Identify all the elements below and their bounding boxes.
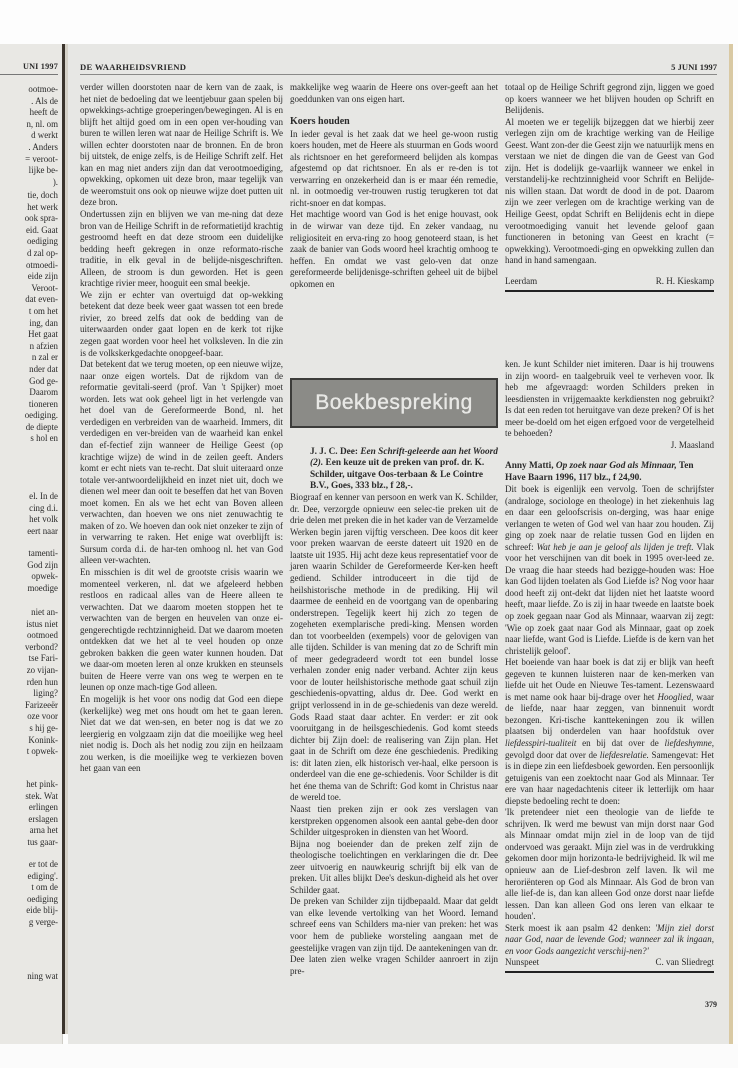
text-run: gevolgd door dat over de: [505, 750, 600, 760]
left-page-text-fragment: ).: [0, 177, 58, 189]
left-page-text-fragment: . Als de: [0, 96, 58, 108]
left-page-text-fragment: = veroot-: [0, 154, 58, 166]
paragraph: De preken van Schilder zijn tijdbepaald.…: [290, 896, 498, 977]
left-page-text-fragment: tamenti-: [0, 548, 58, 560]
left-fragment-block-g: er tot deediging'.t om deoedigingeide bl…: [0, 859, 58, 929]
review-1-heading: J. J. C. Dee: Een Schrift-geleerde aan h…: [310, 447, 498, 492]
reviewer-name: J. Maasland: [505, 440, 714, 452]
left-page-text-fragment: oediging: [0, 236, 58, 248]
article-column-3: totaal op de Heilige Schrift gegrond zij…: [505, 82, 714, 292]
review-2-book-title: Op zoek naar God als Minnaar,: [556, 461, 677, 471]
left-fragment-block-c: el. In decing d.i.het volkeert naar: [0, 491, 58, 537]
left-page-text-fragment: oediging.: [0, 410, 58, 422]
paragraph: totaal op de Heilige Schrift gegrond zij…: [505, 82, 714, 117]
paragraph: We zijn er echter van overtuigd dat op-w…: [80, 290, 283, 359]
left-page-text-fragment: nder dat: [0, 364, 58, 376]
magazine-page: DE WAARHEIDSVRIEND 5 JUNI 1997 verder wi…: [68, 44, 733, 1044]
left-page-running-date: UNI 1997: [0, 62, 62, 71]
paragraph: Het boeiende van haar boek is dat zij er…: [505, 657, 714, 807]
paragraph: In ieder geval is het zaak dat we heel g…: [290, 129, 498, 210]
left-page-text-fragment: het werk: [0, 202, 58, 214]
left-page-text-fragment: stek. Wat: [0, 791, 58, 803]
paragraph: Bijna nog boeiender dan de preken zelf z…: [290, 839, 498, 897]
left-page-text-fragment: het pink-: [0, 779, 58, 791]
paragraph: En mogelijk is het voor ons nodig dat Go…: [80, 694, 283, 775]
left-page-text-fragment: ing, dan: [0, 318, 58, 330]
left-page-text-fragment: niet an-: [0, 607, 58, 619]
page-number: 379: [705, 1000, 717, 1009]
left-page-text-fragment: ootmoe-: [0, 84, 58, 96]
article-column-2: makkelijke weg waarin de Heere ons over-…: [290, 82, 498, 290]
left-page-text-fragment: t om het: [0, 306, 58, 318]
left-page-text-fragment: n zal er: [0, 352, 58, 364]
left-page-text-fragment: God zijn: [0, 560, 58, 572]
left-page-text-fragment: Konink-: [0, 735, 58, 747]
left-page-text-fragment: eide zijn: [0, 271, 58, 283]
signature-author: R. H. Kieskamp: [656, 276, 714, 288]
left-page-text-fragment: moedige: [0, 583, 58, 595]
paragraph: Ondertussen zijn en blijven we van me-ni…: [80, 209, 283, 290]
paragraph: 'Ik pretendeer niet een theologie van de…: [505, 807, 714, 922]
left-page-text-fragment: oze voor: [0, 711, 58, 723]
left-page-text-fragment: verbond?: [0, 642, 58, 654]
left-page-text-fragment: Daarom: [0, 387, 58, 399]
page-bottom-margin: [0, 1044, 738, 1068]
review-1-author: J. J. C. Dee:: [310, 447, 360, 457]
left-fragment-block-b: tie, dochhet werkook spra-eid. Gaatoedig…: [0, 190, 58, 445]
left-page-text-fragment: erslagen: [0, 814, 58, 826]
review-column-1: J. J. C. Dee: Een Schrift-geleerde aan h…: [290, 447, 498, 977]
left-page-text-fragment: t opwek-: [0, 746, 58, 758]
review-2-heading: Anny Matti, Op zoek naar God als Minnaar…: [505, 461, 714, 484]
left-page-text-fragment: ning wat: [0, 971, 58, 983]
paragraph: makkelijke weg waarin de Heere ons over-…: [290, 82, 498, 105]
left-page-text-fragment: . Anders: [0, 142, 58, 154]
text-run-italic: Hooglied,: [657, 692, 693, 702]
left-page-text-fragment: ediging'.: [0, 871, 58, 883]
left-page-text-fragment: rden hun: [0, 677, 58, 689]
running-head: DE WAARHEIDSVRIEND 5 JUNI 1997: [80, 62, 717, 74]
review-1-details: Een keuze uit de preken van prof. dr. K.…: [310, 458, 484, 491]
left-fragment-block-e: niet an-istus nietootmoedverbond?tse Far…: [0, 607, 58, 758]
text-run: Vlak voor het verschijnen van dit boek i…: [505, 542, 714, 656]
left-page-text-fragment: Het gaat: [0, 329, 58, 341]
header-rule: [80, 74, 717, 75]
left-page-text-fragment: otmoedi-: [0, 260, 58, 272]
left-page-text-fragment: Veroot-: [0, 283, 58, 295]
text-run-italic: liefdesspiri-tualiteit: [505, 738, 576, 748]
left-page-text-fragment: ook spra-: [0, 213, 58, 225]
review-2-signature: Nunspeet C. van Sliedregt: [505, 957, 714, 973]
left-page-text-fragment: d werkt: [0, 130, 58, 142]
left-page-text-fragment: lijke be-: [0, 165, 58, 177]
left-page-text-fragment: Farizeeër: [0, 700, 58, 712]
paragraph: Dit boek is eigenlijk een vervolg. Toen …: [505, 484, 714, 657]
article-signature: Leerdam R. H. Kieskamp: [505, 276, 714, 293]
review-column-2: ken. Je kunt Schilder niet imiteren. Daa…: [505, 359, 714, 973]
text-run-italic: liefdeshymne,: [665, 738, 715, 748]
article-column-1: verder willen doorstoten naar de kern va…: [80, 82, 283, 775]
paragraph: Sterk moest ik aan psalm 42 denken: 'Mij…: [505, 923, 714, 958]
review-2-author: Anny Matti,: [505, 461, 556, 471]
left-page-text-fragment: heeft de: [0, 107, 58, 119]
left-fragment-block-h: ning wat: [0, 971, 58, 983]
left-page-text-fragment: s hol en: [0, 433, 58, 445]
left-page-text-fragment: de diepte: [0, 422, 58, 434]
publication-title: DE WAARHEIDSVRIEND: [80, 62, 186, 72]
paragraph: Al moeten we er tegelijk bijzeggen dat w…: [505, 117, 714, 267]
left-page-text-fragment: el. In de: [0, 491, 58, 503]
left-page-text-fragment: tioneren: [0, 399, 58, 411]
facing-left-page: UNI 1997 ootmoe-. Als deheeft den, nl. o…: [0, 44, 63, 1044]
left-page-text-fragment: istus niet: [0, 619, 58, 631]
left-page-text-fragment: s hij ge-: [0, 723, 58, 735]
left-page-text-fragment: dat even-: [0, 294, 58, 306]
paragraph: Dat betekent dat we terug moeten, op een…: [80, 359, 283, 567]
left-fragment-block-d: tamenti-God zijnopwek-moedige: [0, 548, 58, 594]
left-page-text-fragment: ootmoed: [0, 630, 58, 642]
text-run: Sterk moest ik aan psalm 42 denken:: [505, 923, 655, 933]
left-page-text-fragment: eid. Gaat: [0, 225, 58, 237]
left-page-text-fragment: d zal op-: [0, 248, 58, 260]
left-page-text-fragment: t om de: [0, 882, 58, 894]
left-page-text-fragment: n, nl. om: [0, 119, 58, 131]
left-fragment-block-f: het pink-stek. Waterlingenerslagenarna h…: [0, 779, 58, 849]
left-page-text-fragment: cing d.i.: [0, 503, 58, 515]
book-review-banner-title: Boekbespreking: [315, 391, 473, 415]
left-page-text-fragment: tse Fari-: [0, 653, 58, 665]
text-run-italic: liefdesrelatie.: [600, 750, 649, 760]
left-page-text-fragment: tus gaar-: [0, 837, 58, 849]
left-page-text-fragment: God ge-: [0, 376, 58, 388]
signature-place: Leerdam: [505, 276, 537, 288]
signature-author: C. van Sliedregt: [655, 957, 714, 969]
left-page-text-fragment: liging?: [0, 688, 58, 700]
left-page-text-fragment: er tot de: [0, 859, 58, 871]
paragraph: En misschien is dit wel de grootste cris…: [80, 567, 283, 694]
left-page-text-fragment: n afzien: [0, 341, 58, 353]
paragraph: Biograaf en kenner van persoon en werk v…: [290, 492, 498, 804]
signature-place: Nunspeet: [505, 957, 539, 969]
left-page-text-fragment: eide blij-: [0, 905, 58, 917]
book-review-banner: Boekbespreking: [290, 378, 498, 428]
left-page-text-fragment: oediging: [0, 894, 58, 906]
left-page-text-fragment: tie, doch: [0, 190, 58, 202]
left-page-text-fragment: het volk: [0, 514, 58, 526]
issue-date: 5 JUNI 1997: [671, 62, 717, 72]
left-page-text-fragment: g verge-: [0, 917, 58, 929]
left-page-header-rule: [0, 74, 58, 75]
paragraph: Naast tien preken zijn er ook zes versla…: [290, 804, 498, 839]
paragraph: verder willen doorstoten naar de kern va…: [80, 82, 283, 209]
paragraph: ken. Je kunt Schilder niet imiteren. Daa…: [505, 359, 714, 440]
text-run-italic: Wat heb je aan je geloof als lijden je t…: [537, 542, 694, 552]
left-page-text-fragment: erlingen: [0, 802, 58, 814]
section-subheading: Koers houden: [290, 116, 498, 128]
text-run: en bij dat over de: [576, 738, 664, 748]
left-page-text-fragment: opwek-: [0, 571, 58, 583]
left-page-text-fragment: zo vijan-: [0, 665, 58, 677]
left-page-text-fragment: eert naar: [0, 526, 58, 538]
paragraph: Het machtige woord van God is het enige …: [290, 209, 498, 290]
left-fragment-block-a: ootmoe-. Als deheeft den, nl. omd werkt.…: [0, 84, 58, 188]
left-page-text-fragment: arna het: [0, 825, 58, 837]
